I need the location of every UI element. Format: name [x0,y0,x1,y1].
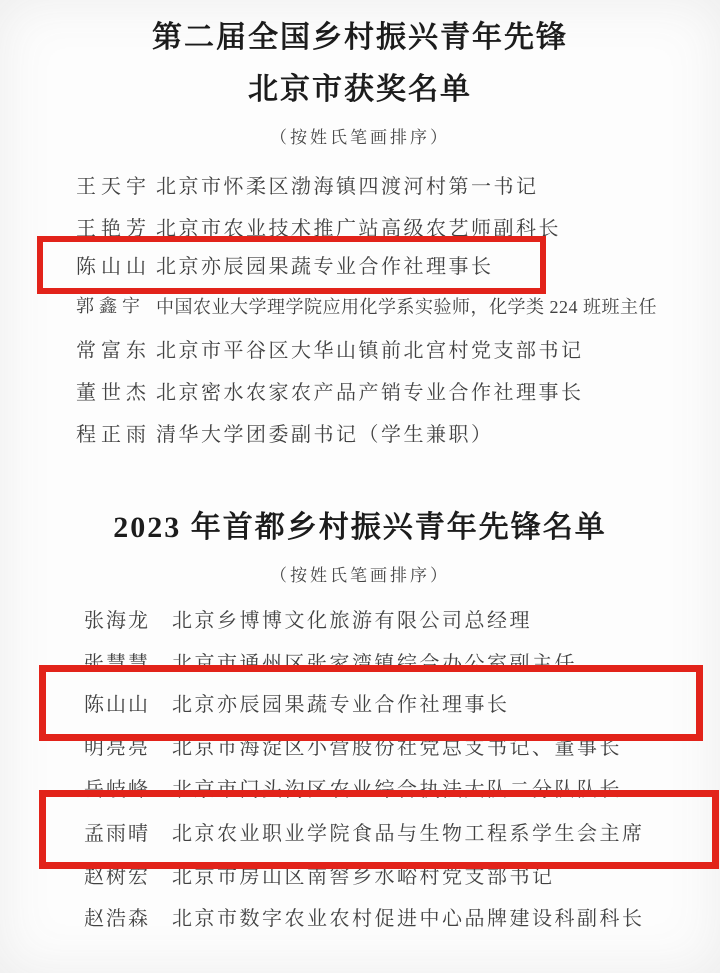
section1-title-line1: 第二届全国乡村振兴青年先锋 [0,12,720,56]
section2-sort-note: （按姓氏笔画排序） [0,561,720,586]
entry-name: 郭鑫宇 [76,292,145,318]
entry-name: 赵浩森 [84,902,150,931]
entry-position: 北京市平谷区大华山镇前北宫村党支部书记 [156,334,584,363]
entry-name: 孟雨晴 [84,817,150,846]
entry-position: 北京市海淀区小营股份社党总支书记、董事长 [172,731,622,760]
entry-position: 北京亦辰园果蔬专业合作社理事长 [172,688,510,717]
entry-name: 岳岐峰 [84,773,150,802]
entry-name: 陈山山 [84,688,150,717]
award-entry: 王艳芳 北京市农业技术推广站高级农艺师副科长 [0,212,720,236]
entry-position: 北京密水农家农产品产销专业合作社理事长 [156,376,584,405]
entry-name: 王天宇 [76,170,151,199]
award-entry: 常富东 北京市平谷区大华山镇前北宫村党支部书记 [0,334,720,358]
award-entry: 王天宇 北京市怀柔区渤海镇四渡河村第一书记 [0,170,720,194]
award-entry-highlighted: 陈山山 北京亦辰园果蔬专业合作社理事长 [0,688,720,712]
section1-title-line2: 北京市获奖名单 [0,64,720,108]
entry-position: 北京市怀柔区渤海镇四渡河村第一书记 [156,170,539,199]
award-entry: 张海龙 北京乡博博文化旅游有限公司总经理 [0,604,720,628]
document-page: 第二届全国乡村振兴青年先锋 北京市获奖名单 （按姓氏笔画排序） 王天宇 北京市怀… [0,0,720,973]
entry-position: 北京乡博博文化旅游有限公司总经理 [172,604,532,633]
entry-name: 程正雨 [76,418,151,447]
section1-sort-note: （按姓氏笔画排序） [0,123,720,148]
entry-position: 北京市农业技术推广站高级农艺师副科长 [156,212,561,241]
entry-name: 王艳芳 [76,212,151,241]
award-entry-highlighted: 孟雨晴 北京农业职业学院食品与生物工程系学生会主席 [0,817,720,841]
entry-name: 常富东 [76,334,151,363]
entry-name: 陈山山 [76,250,151,279]
award-entry: 郭鑫宇 中国农业大学理学院应用化学系实验师，化学类 224 班班主任 [0,292,720,316]
award-entry: 明亮亮 北京市海淀区小营股份社党总支书记、董事长 [0,731,720,755]
entry-position: 北京亦辰园果蔬专业合作社理事长 [156,250,494,279]
award-entry: 赵树宏 北京市房山区南窖乡水峪村党支部书记 [0,860,720,884]
entry-position: 北京市数字农业农村促进中心品牌建设科副科长 [172,902,645,931]
entry-name: 董世杰 [76,376,151,405]
entry-name: 赵树宏 [84,860,150,889]
entry-name: 张慧慧 [84,647,150,676]
award-entry: 岳岐峰 北京市门头沟区农业综合执法大队二分队队长 [0,773,720,797]
award-entry: 董世杰 北京密水农家农产品产销专业合作社理事长 [0,376,720,400]
entry-position: 北京市通州区张家湾镇综合办公室副主任 [172,647,577,676]
award-entry: 赵浩森 北京市数字农业农村促进中心品牌建设科副科长 [0,902,720,926]
entry-position: 清华大学团委副书记（学生兼职） [156,418,494,447]
entry-position: 北京市门头沟区农业综合执法大队二分队队长 [172,773,622,802]
award-entry: 张慧慧 北京市通州区张家湾镇综合办公室副主任 [0,647,720,671]
entry-position: 北京市房山区南窖乡水峪村党支部书记 [172,860,555,889]
entry-position: 中国农业大学理学院应用化学系实验师，化学类 224 班班主任 [156,293,657,319]
section2-title: 2023 年首都乡村振兴青年先锋名单 [0,502,720,546]
award-entry-highlighted: 陈山山 北京亦辰园果蔬专业合作社理事长 [0,250,720,274]
entry-name: 张海龙 [84,604,150,633]
entry-position: 北京农业职业学院食品与生物工程系学生会主席 [172,817,645,846]
award-entry: 程正雨 清华大学团委副书记（学生兼职） [0,418,720,442]
entry-name: 明亮亮 [84,731,150,760]
